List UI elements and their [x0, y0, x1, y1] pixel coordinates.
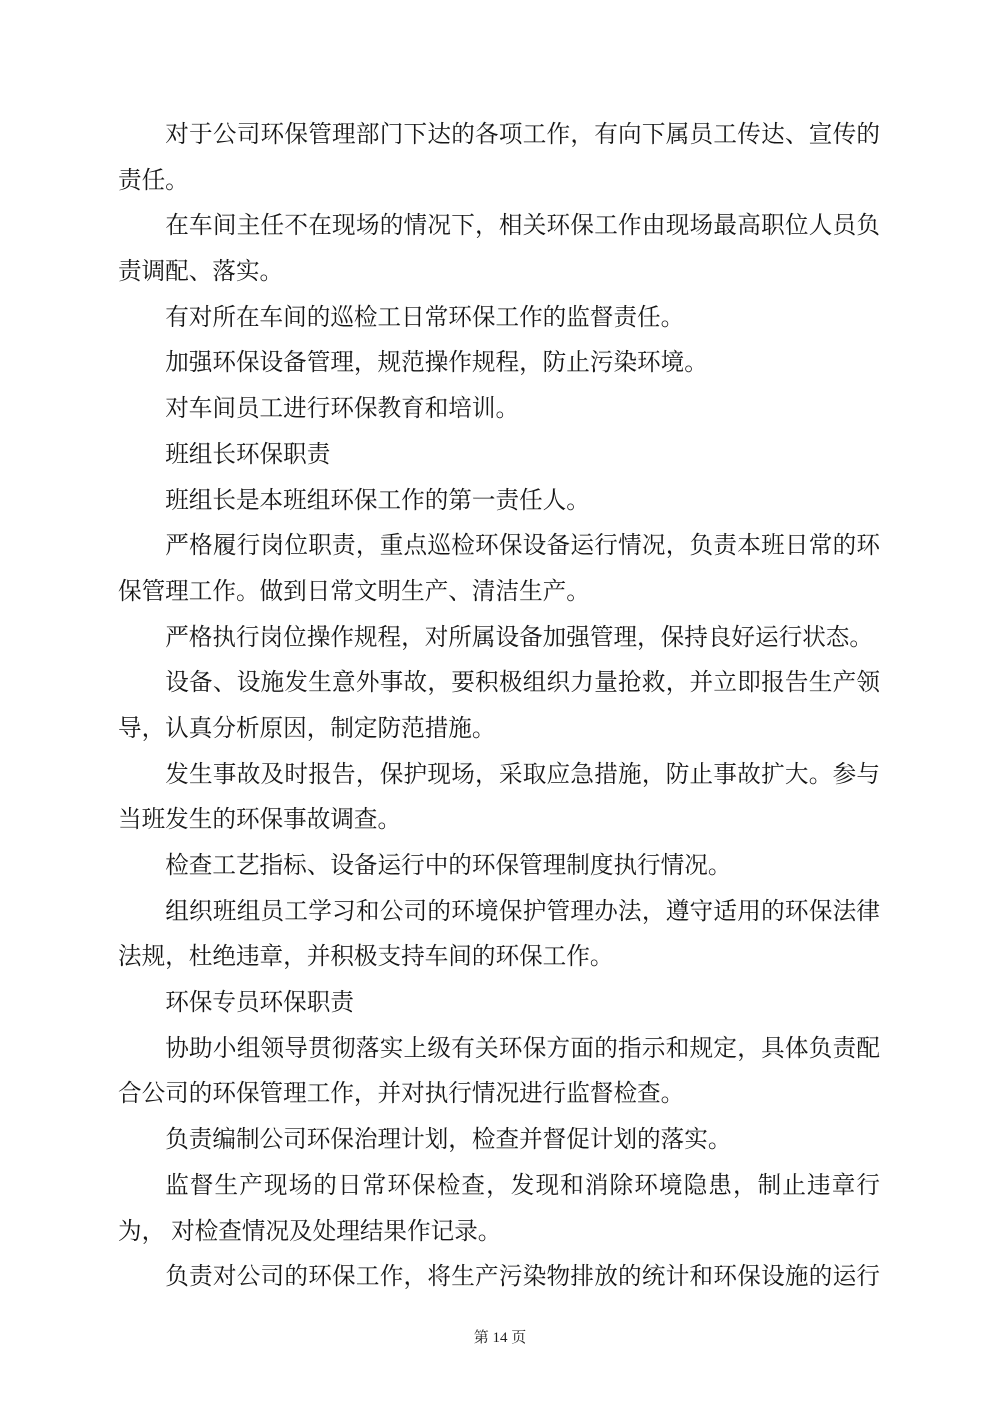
text-line: 班组长是本班组环保工作的第一责任人。 [118, 479, 880, 525]
text-line: 环保专员环保职责 [118, 981, 880, 1027]
text-line: 对车间员工进行环保教育和培训。 [118, 387, 880, 433]
text-line: 严格履行岗位职责，重点巡检环保设备运行情况，负责本班日常的环 [118, 524, 880, 570]
text-line: 组织班组员工学习和公司的环境保护管理办法，遵守适用的环保法律 [118, 890, 880, 936]
text-line: 设备、设施发生意外事故，要积极组织力量抢救，并立即报告生产领 [118, 661, 880, 707]
text-line: 责调配、落实。 [118, 250, 880, 296]
text-line: 有对所在车间的巡检工日常环保工作的监督责任。 [118, 296, 880, 342]
text-line: 合公司的环保管理工作，并对执行情况进行监督检查。 [118, 1072, 880, 1118]
text-line: 对于公司环保管理部门下达的各项工作，有向下属员工传达、宣传的 [118, 113, 880, 159]
text-line: 发生事故及时报告，保护现场，采取应急措施，防止事故扩大。参与 [118, 753, 880, 799]
text-line: 为， 对检查情况及处理结果作记录。 [118, 1210, 880, 1256]
text-line: 法规，杜绝违章，并积极支持车间的环保工作。 [118, 935, 880, 981]
text-line: 当班发生的环保事故调查。 [118, 798, 880, 844]
document-body-text: 对于公司环保管理部门下达的各项工作，有向下属员工传达、宣传的责任。在车间主任不在… [118, 113, 880, 1301]
text-line: 责任。 [118, 159, 880, 205]
text-line: 监督生产现场的日常环保检查，发现和消除环境隐患，制止违章行 [118, 1164, 880, 1210]
page-number: 第 14 页 [474, 1330, 527, 1346]
text-line: 加强环保设备管理，规范操作规程，防止污染环境。 [118, 341, 880, 387]
text-line: 在车间主任不在现场的情况下，相关环保工作由现场最高职位人员负 [118, 204, 880, 250]
text-line: 负责对公司的环保工作，将生产污染物排放的统计和环保设施的运行 [118, 1255, 880, 1301]
text-line: 检查工艺指标、设备运行中的环保管理制度执行情况。 [118, 844, 880, 890]
page-footer: 第 14 页 [0, 1327, 1000, 1349]
text-line: 导，认真分析原因，制定防范措施。 [118, 707, 880, 753]
text-line: 严格执行岗位操作规程，对所属设备加强管理，保持良好运行状态。 [118, 616, 880, 662]
document-page: 对于公司环保管理部门下达的各项工作，有向下属员工传达、宣传的责任。在车间主任不在… [0, 0, 1000, 1415]
text-line: 保管理工作。做到日常文明生产、清洁生产。 [118, 570, 880, 616]
text-line: 班组长环保职责 [118, 433, 880, 479]
text-line: 负责编制公司环保治理计划，检查并督促计划的落实。 [118, 1118, 880, 1164]
text-line: 协助小组领导贯彻落实上级有关环保方面的指示和规定，具体负责配 [118, 1027, 880, 1073]
